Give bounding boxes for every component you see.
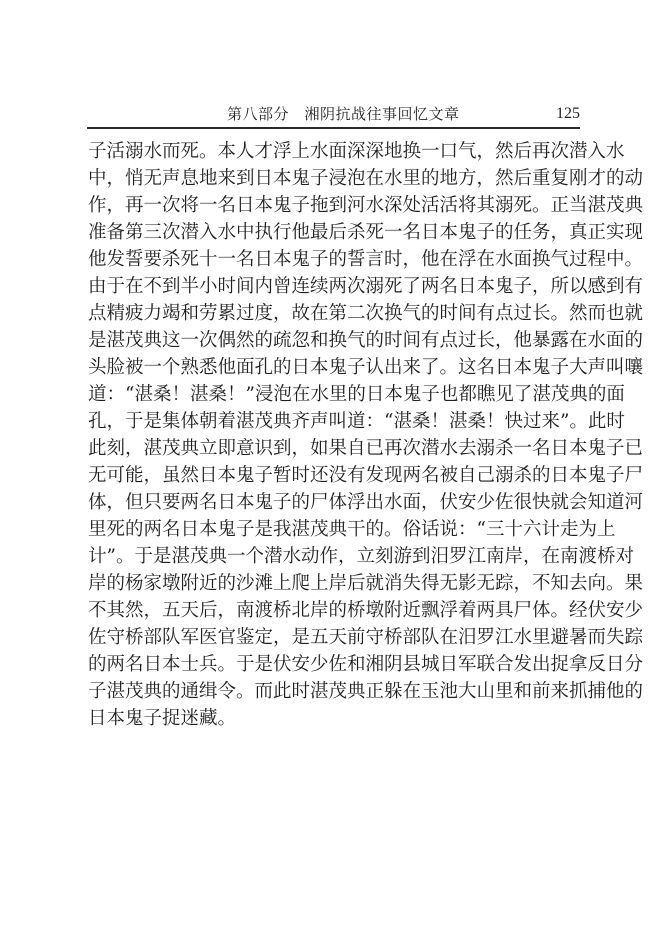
text-line: 他发誓要杀死十一名日本鬼子的誓言时，他在浮在水面换气过程中。 bbox=[88, 246, 580, 273]
text-line: 作，再一次将一名日本鬼子拖到河水深处活活将其溺死。正当湛茂典 bbox=[88, 192, 580, 219]
body-text: 子活溺水而死。本人才浮上水面深深地换一口气，然后再次潜入水 中，悄无声息地来到日… bbox=[88, 138, 580, 732]
text-line: 无可能，虽然日本鬼子暂时还没有发现两名被自己溺杀的日本鬼子尸 bbox=[88, 462, 580, 489]
text-line: 由于在不到半小时间内曾连续两次溺死了两名日本鬼子，所以感到有 bbox=[88, 273, 580, 300]
text-line: 计”。于是湛茂典一个潜水动作，立刻游到汨罗江南岸，在南渡桥对 bbox=[88, 543, 580, 570]
page-number: 125 bbox=[556, 104, 580, 124]
text-line: 体，但只要两名日本鬼子的尸体浮出水面，伏安少佐很快就会知道河 bbox=[88, 489, 580, 516]
text-line: 里死的两名日本鬼子是我湛茂典干的。俗话说：“三十六计走为上 bbox=[88, 516, 580, 543]
text-line: 佐守桥部队军医官鉴定，是五天前守桥部队在汨罗江水里避暑而失踪 bbox=[88, 624, 580, 651]
text-line: 点精疲力竭和劳累过度，故在第二次换气的时间有点过长。然而也就 bbox=[88, 300, 580, 327]
text-line: 道：“湛桑！湛桑！”浸泡在水里的日本鬼子也都瞧见了湛茂典的面 bbox=[88, 381, 580, 408]
text-line: 的两名日本士兵。于是伏安少佐和湘阴县城日军联合发出捉拿反日分 bbox=[88, 651, 580, 678]
text-line: 准备第三次潜入水中执行他最后杀死一名日本鬼子的任务，真正实现 bbox=[88, 219, 580, 246]
text-line: 不其然，五天后，南渡桥北岸的桥墩附近飘浮着两具尸体。经伏安少 bbox=[88, 597, 580, 624]
text-line: 子湛茂典的通缉令。而此时湛茂典正躲在玉池大山里和前来抓捕他的 bbox=[88, 678, 580, 705]
header-rule bbox=[87, 127, 580, 129]
text-line: 岸的杨家墩附近的沙滩上爬上岸后就消失得无影无踪，不知去向。果 bbox=[88, 570, 580, 597]
running-title: 第八部分 湘阴抗战往事回忆文章 bbox=[227, 104, 460, 124]
text-line: 是湛茂典这一次偶然的疏忽和换气的时间有点过长，他暴露在水面的 bbox=[88, 327, 580, 354]
text-line: 孔，于是集体朝着湛茂典齐声叫道：“湛桑！湛桑！快过来”。此时 bbox=[88, 408, 580, 435]
page-header: 第八部分 湘阴抗战往事回忆文章 125 bbox=[87, 104, 580, 128]
text-line: 子活溺水而死。本人才浮上水面深深地换一口气，然后再次潜入水 bbox=[88, 138, 580, 165]
text-line: 中，悄无声息地来到日本鬼子浸泡在水里的地方，然后重复刚才的动 bbox=[88, 165, 580, 192]
text-line: 头脸被一个熟悉他面孔的日本鬼子认出来了。这名日本鬼子大声叫嚷 bbox=[88, 354, 580, 381]
text-line: 此刻，湛茂典立即意识到，如果自已再次潜水去溺杀一名日本鬼子已 bbox=[88, 435, 580, 462]
text-line: 日本鬼子捉迷藏。 bbox=[88, 705, 580, 732]
